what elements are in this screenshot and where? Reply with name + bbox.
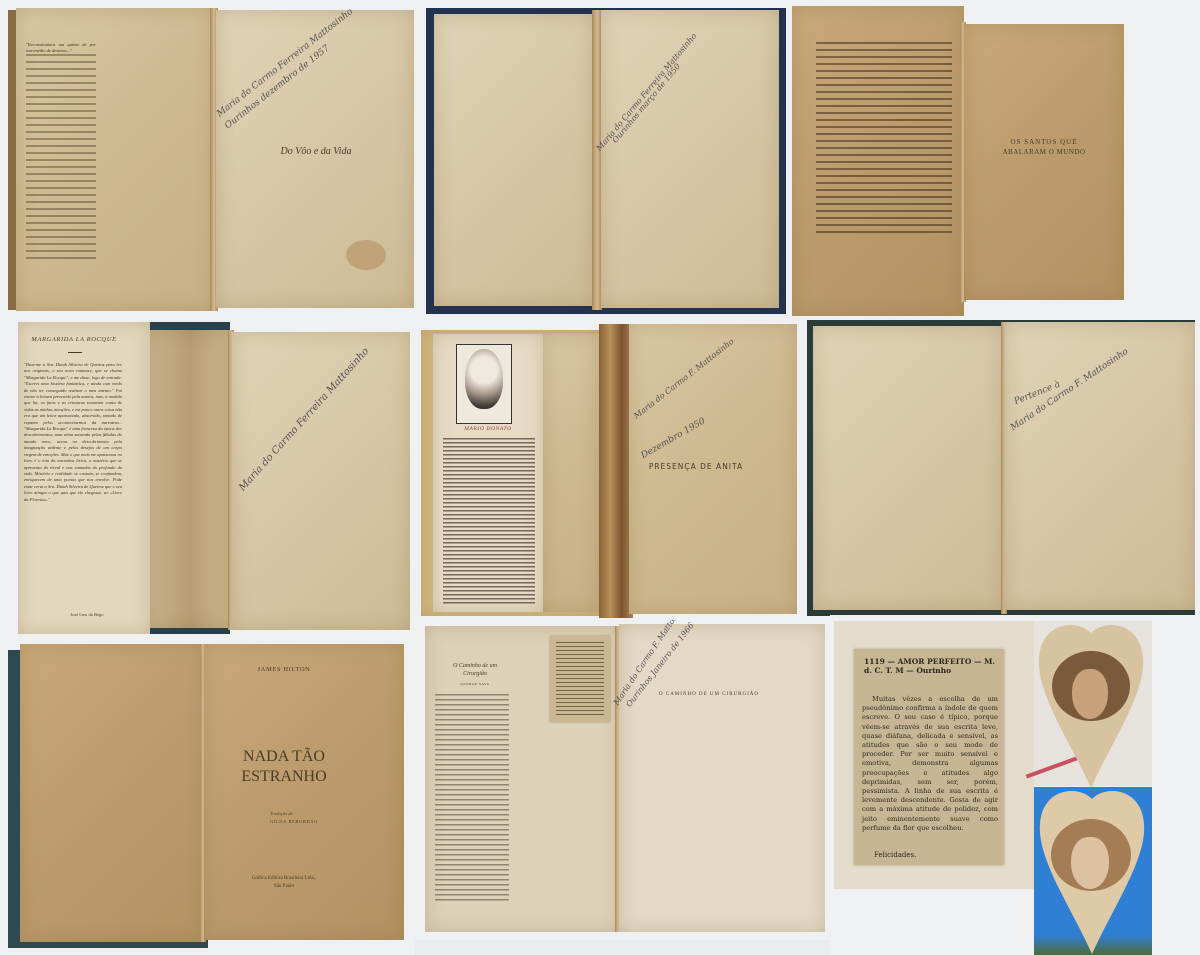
- publisher-line-1: Gráfica Editôra Brasileira Ltda.,: [204, 876, 364, 881]
- left-endpaper: [813, 326, 1003, 610]
- book-photo-do-voo-e-da-vida: "Reconstituímos um quinze de por intermé…: [0, 0, 420, 318]
- book-title-line-1: OS SANTOS QUE: [964, 138, 1124, 146]
- flap-signature: José Lins do Rego: [54, 612, 120, 617]
- portrait-face: [1072, 669, 1108, 719]
- portrait-caption: MARIO DONATO: [443, 426, 533, 432]
- pasted-newspaper-clipping: [550, 636, 610, 722]
- translator-label: Tradução de: [270, 811, 330, 816]
- book-photo-presenca-de-anita: MARIO DONATO Maria do Carmo F. Mattosinh…: [415, 318, 805, 620]
- author-name: JAMES HILTON: [204, 666, 364, 673]
- right-page: OS SANTOS QUE ABALARAM O MUNDO: [964, 24, 1124, 300]
- author-portrait: [465, 349, 503, 409]
- book-photo-os-santos-que-abalaram-o-mundo: OS SANTOS QUE ABALARAM O MUNDO: [790, 0, 1200, 318]
- book-photo-margarida-la-rocque: MARGARIDA LA ROCQUE "Dias-me a Sra. Dina…: [0, 318, 420, 638]
- flap-text-lines: [26, 54, 96, 264]
- photo-newspaper-clipping-and-heart-portraits: 1119 — AMOR PERFEITO — M. d. C. T. M — O…: [830, 615, 1200, 955]
- jacket-flap: MARIO DONATO: [433, 334, 543, 612]
- book-photo-pertence-a-maria-do-carmo: Pertence à Maria do Carmo F. Mattosinho: [805, 318, 1200, 620]
- clipping-signoff: Felicidades.: [874, 851, 916, 859]
- flap-author: GEORGE SAVA: [445, 682, 505, 686]
- water-stain: [346, 240, 386, 270]
- right-page: Maria do Carmo Ferreira Mattosinho Ourin…: [216, 10, 414, 308]
- flap-text: "Dias-me a Sra. Dinah Silveira de Queiro…: [24, 362, 122, 600]
- dust-jacket-flap: MARGARIDA LA ROCQUE "Dias-me a Sra. Dina…: [18, 322, 150, 634]
- clipping-text: [556, 642, 604, 716]
- book-title-line-2: ESTRANHO: [204, 768, 364, 786]
- left-endpaper: [434, 14, 594, 306]
- title-page: Maria do Carmo F. Mattosinho Dezembro 19…: [629, 324, 797, 614]
- title-page: Maria do Carmo F. Mattosinho Ourinhos Ja…: [619, 624, 825, 932]
- author-portrait-frame: [456, 344, 512, 424]
- list-of-titles-text: [816, 42, 952, 238]
- flap-text: [435, 694, 509, 902]
- handwritten-dedication-line-1: Maria do Carmo Ferreira Mattosinho: [215, 6, 356, 120]
- book-title-line-1: NADA TÃO: [204, 748, 364, 766]
- newspaper-clipping: 1119 — AMOR PERFEITO — M. d. C. T. M — O…: [854, 649, 1004, 865]
- right-endpaper: Pertence à Maria do Carmo F. Mattosinho: [1005, 322, 1195, 610]
- left-page: "Reconstituímos um quinze de por intermé…: [16, 8, 214, 311]
- right-endpaper: Maria do Carmo Ferreira Mattosinho Ourin…: [601, 10, 779, 308]
- book-title-line-2: ABALARAM O MUNDO: [964, 148, 1124, 156]
- book-photo-nada-tao-estranho: JAMES HILTON NADA TÃO ESTRANHO Tradução …: [0, 638, 415, 955]
- handwritten-dedication: Maria do Carmo Ferreira Mattosinho: [237, 346, 372, 494]
- left-page: [792, 6, 964, 316]
- worn-spine: [599, 324, 633, 618]
- title-page: JAMES HILTON NADA TÃO ESTRANHO Tradução …: [204, 644, 404, 940]
- book-photo-inscribed-endpaper-1950: Maria do Carmo Ferreira Mattosinho Ourin…: [420, 0, 790, 318]
- clipping-header: 1119 — AMOR PERFEITO — M. d. C. T. M — O…: [864, 657, 998, 675]
- flap-title: O Caminho de um Cirurgião: [445, 662, 505, 678]
- left-endpaper-stained: [150, 330, 230, 628]
- handwritten-dedication-line-2: Ourinhos março de 1950: [610, 61, 684, 146]
- book-title: O CAMINHO DE UM CIRURGIÃO: [649, 692, 769, 697]
- flap-title: MARGARIDA LA ROCQUE: [24, 336, 124, 343]
- left-page: [20, 644, 206, 942]
- handwritten-dedication-line-1: Maria do Carmo F. Mattosinho: [632, 336, 737, 422]
- jacket-inner: [543, 334, 599, 612]
- handwritten-dedication-line-2: Dezembro 1950: [639, 415, 708, 462]
- author-bio-text: [443, 438, 535, 604]
- portrait-face: [1071, 837, 1109, 889]
- handwritten-dedication-line-2: Ourinhos dezembro de 1957: [223, 43, 333, 132]
- book-title: PRESENÇA DE ANITA: [641, 462, 751, 471]
- translator-name: GILDA REBORDÃO: [270, 819, 350, 824]
- right-endpaper: Maria do Carmo Ferreira Mattosinho: [232, 332, 410, 630]
- publisher-line-2: São Paulo: [204, 884, 364, 889]
- book-photo-o-caminho-de-um-cirurgiao: O Caminho de um Cirurgião GEORGE SAVA Ma…: [415, 620, 835, 940]
- jacket-flap: O Caminho de um Cirurgião GEORGE SAVA: [425, 626, 619, 932]
- book-title: Do Vôo e da Vida: [266, 146, 366, 157]
- clipping-body: Muitas vêzes a escolha de um pseudônimo …: [862, 695, 998, 833]
- divider: [68, 352, 82, 353]
